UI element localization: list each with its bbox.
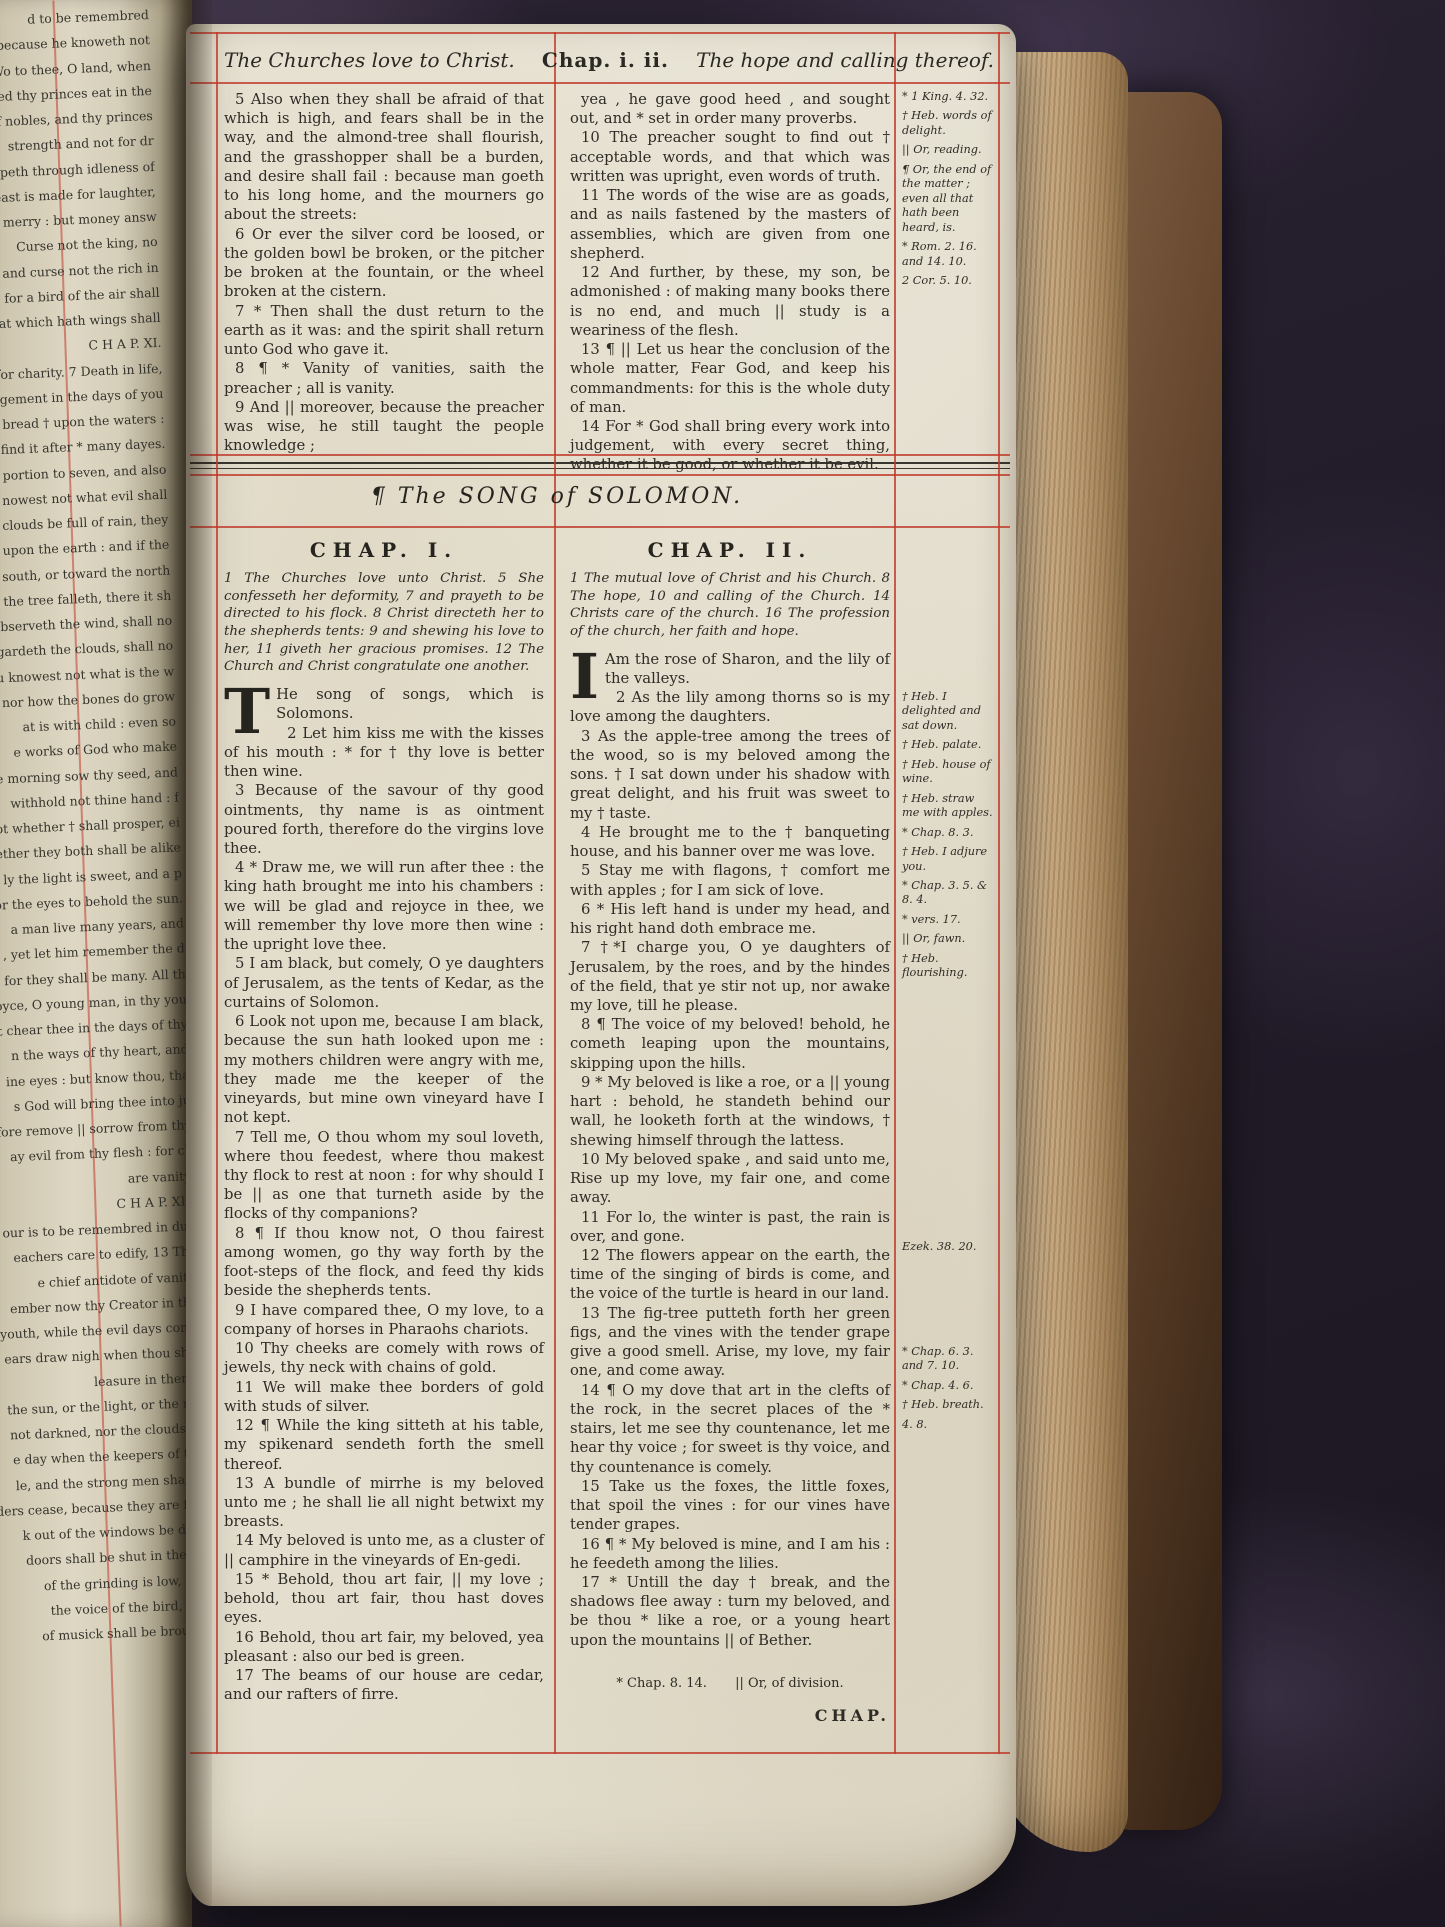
chapter-2-argument: 1 The mutual love of Christ and his Chur… bbox=[570, 570, 890, 641]
red-rule-top bbox=[190, 32, 1010, 34]
margin-notes-middle: † Heb. I delighted and sat down.† Heb. p… bbox=[902, 690, 994, 986]
chapter-2-column: CHAP. II. 1 The mutual love of Christ an… bbox=[570, 538, 890, 1650]
chapter-2-verse-1: IAm the rose of Sharon, and the lily of … bbox=[570, 650, 890, 688]
margin-note: * Chap. 4. 6. bbox=[902, 1379, 994, 1393]
margin-note: † Heb. flourishing. bbox=[902, 952, 994, 981]
verse: 13 A bundle of mirrhe is my beloved unto… bbox=[224, 1474, 544, 1532]
chapter-1-verse-1-text: He song of songs, which is Solomons. bbox=[276, 686, 544, 722]
verse: 15 * Behold, thou art fair, || my love ;… bbox=[224, 1570, 544, 1628]
chapter-2-heading: CHAP. II. bbox=[570, 538, 890, 562]
verse: 5 Also when they shall be afraid of that… bbox=[224, 90, 544, 225]
margin-note-ezek: Ezek. 38. 20. bbox=[902, 1240, 994, 1259]
verse: 7 * Then shall the dust return to the ea… bbox=[224, 302, 544, 360]
verse: 14 For * God shall bring every work into… bbox=[570, 417, 890, 475]
margin-note: * Chap. 3. 5. & 8. 4. bbox=[902, 879, 994, 908]
chapter-2-verses: 2 As the lily among thorns so is my love… bbox=[570, 688, 890, 1650]
chapter-1-argument: 1 The Churches love unto Christ. 5 She c… bbox=[224, 570, 544, 676]
red-rule-below-title bbox=[190, 526, 1010, 528]
verse: 14 My beloved is unto me, as a cluster o… bbox=[224, 1531, 544, 1569]
margin-note: * 1 King. 4. 32. bbox=[902, 90, 994, 104]
verse: 7 Tell me, O thou whom my soul loveth, w… bbox=[224, 1128, 544, 1224]
verse: 5 I am black, but comely, O ye daughters… bbox=[224, 954, 544, 1012]
verse: 8 ¶ * Vanity of vanities, saith the prea… bbox=[224, 359, 544, 397]
verse: 10 The preacher sought to find out † acc… bbox=[570, 128, 890, 186]
margin-note: * Chap. 8. 3. bbox=[902, 826, 994, 840]
right-page: The Churches love to Christ. Chap. i. ii… bbox=[186, 24, 1016, 1906]
red-rule-vertical-right bbox=[998, 32, 1000, 1754]
verse: 12 ¶ While the king sitteth at his table… bbox=[224, 1416, 544, 1474]
ecclesiastes-left-column: 5 Also when they shall be afraid of that… bbox=[224, 90, 544, 455]
margin-note: * Chap. 6. 3. and 7. 10. bbox=[902, 1345, 994, 1374]
verse: 16 Behold, thou art fair, my beloved, ye… bbox=[224, 1628, 544, 1666]
verse: 6 Look not upon me, because I am black, … bbox=[224, 1012, 544, 1127]
verse: 10 Thy cheeks are comely with rows of je… bbox=[224, 1339, 544, 1377]
red-rule-vertical-left bbox=[216, 32, 218, 1754]
verse: 15 Take us the foxes, the little foxes, … bbox=[570, 1477, 890, 1535]
margin-note: 4. 8. bbox=[902, 1418, 994, 1432]
margin-note: † Heb. house of wine. bbox=[902, 758, 994, 787]
margin-note: † Heb. straw me with apples. bbox=[902, 792, 994, 821]
chapter-1-verse-1: THe song of songs, which is Solomons. bbox=[224, 685, 544, 723]
antique-bible-photo: d to be remembreds, because he knoweth n… bbox=[0, 0, 1445, 1927]
verse: 12 And further, by these, my son, be adm… bbox=[570, 263, 890, 340]
ecclesiastes-right-column: yea , he gave good heed , and sought out… bbox=[570, 90, 890, 475]
verse: 10 My beloved spake , and said unto me, … bbox=[570, 1150, 890, 1208]
running-header-right: The hope and calling thereof. bbox=[696, 48, 994, 72]
book-title: ¶ The SONG of SOLOMON. bbox=[224, 484, 890, 509]
margin-note: † Heb. palate. bbox=[902, 738, 994, 752]
verse: 4 He brought me to the † banqueting hous… bbox=[570, 823, 890, 861]
verse: yea , he gave good heed , and sought out… bbox=[570, 90, 890, 128]
running-header: The Churches love to Christ. Chap. i. ii… bbox=[224, 40, 994, 80]
chapter-2-drop-cap: I bbox=[570, 650, 605, 700]
verse: 6 Or ever the silver cord be loosed, or … bbox=[224, 225, 544, 302]
margin-note: * vers. 17. bbox=[902, 913, 994, 927]
red-rule-bottom bbox=[190, 1752, 1010, 1754]
margin-notes-bottom: * Chap. 6. 3. and 7. 10.* Chap. 4. 6.† H… bbox=[902, 1345, 994, 1437]
margin-note: † Heb. I delighted and sat down. bbox=[902, 690, 994, 733]
verse: 9 And || moreover, because the preacher … bbox=[224, 398, 544, 456]
margin-note: * Rom. 2. 16. and 14. 10. bbox=[902, 240, 994, 269]
chapter-2-verse-1-text: Am the rose of Sharon, and the lily of t… bbox=[605, 651, 890, 687]
verse: 6 * His left hand is under my head, and … bbox=[570, 900, 890, 938]
margin-note: † Heb. breath. bbox=[902, 1398, 994, 1412]
verse: 2 As the lily among thorns so is my love… bbox=[570, 688, 890, 726]
chapter-1-verses: 2 Let him kiss me with the kisses of his… bbox=[224, 724, 544, 1705]
verse: 4 * Draw me, we will run after thee : th… bbox=[224, 858, 544, 954]
verse: 16 ¶ * My beloved is mine, and I am his … bbox=[570, 1535, 890, 1573]
verse: 14 ¶ O my dove that art in the clefts of… bbox=[570, 1381, 890, 1477]
footnote-line: * Chap. 8. 14. || Or, of division. bbox=[570, 1676, 890, 1691]
verse: 17 * Untill the day † break, and the sha… bbox=[570, 1573, 890, 1650]
verse: 11 The words of the wise are as goads, a… bbox=[570, 186, 890, 263]
red-rule-below-header bbox=[190, 82, 1010, 84]
left-page-edge: d to be remembreds, because he knoweth n… bbox=[0, 0, 192, 1927]
verse: 13 The fig-tree putteth forth her green … bbox=[570, 1304, 890, 1381]
verse: 5 Stay me with flagons, † comfort me wit… bbox=[570, 861, 890, 899]
verse: 11 We will make thee borders of gold wit… bbox=[224, 1378, 544, 1416]
margin-notes-top: * 1 King. 4. 32.† Heb. words of delight.… bbox=[902, 90, 994, 293]
chapter-1-drop-cap: T bbox=[224, 685, 276, 735]
margin-note: 2 Cor. 5. 10. bbox=[902, 274, 994, 288]
verse: 12 The flowers appear on the earth, the … bbox=[570, 1246, 890, 1304]
margin-note: Ezek. 38. 20. bbox=[902, 1240, 994, 1254]
margin-note: ¶ Or, the end of the matter ; even all t… bbox=[902, 163, 994, 235]
verse: 8 ¶ The voice of my beloved! behold, he … bbox=[570, 1015, 890, 1073]
verse: 3 Because of the savour of thy good oint… bbox=[224, 781, 544, 858]
red-rule-vertical-margin bbox=[894, 32, 896, 1754]
footnote-left: * Chap. 8. 14. bbox=[604, 1676, 719, 1691]
margin-note: † Heb. I adjure you. bbox=[902, 845, 994, 874]
margin-note: † Heb. words of delight. bbox=[902, 109, 994, 138]
verse: 8 ¶ If thou know not, O thou fairest amo… bbox=[224, 1224, 544, 1301]
verse: 11 For lo, the winter is past, the rain … bbox=[570, 1208, 890, 1246]
margin-note: || Or, fawn. bbox=[902, 932, 994, 946]
red-rule-vertical-center bbox=[554, 32, 556, 1754]
verse: 7 †*I charge you, O ye daughters of Jeru… bbox=[570, 938, 890, 1015]
catchword: CHAP. bbox=[746, 1706, 890, 1725]
chapter-1-column: CHAP. I. 1 The Churches love unto Christ… bbox=[224, 538, 544, 1705]
running-header-left: The Churches love to Christ. bbox=[224, 48, 515, 72]
verse: 13 ¶ || Let us hear the conclusion of th… bbox=[570, 340, 890, 417]
footnote-right: || Or, of division. bbox=[723, 1676, 856, 1691]
chapter-1-heading: CHAP. I. bbox=[224, 538, 544, 562]
verse: 17 The beams of our house are cedar, and… bbox=[224, 1666, 544, 1704]
left-page-text-fragments: d to be remembreds, because he knoweth n… bbox=[0, 2, 192, 1651]
margin-note: || Or, reading. bbox=[902, 143, 994, 157]
verse: 9 I have compared thee, O my love, to a … bbox=[224, 1301, 544, 1339]
verse: 9 * My beloved is like a roe, or a || yo… bbox=[570, 1073, 890, 1150]
chapter-reference: Chap. i. ii. bbox=[542, 48, 669, 72]
verse: 3 As the apple-tree among the trees of t… bbox=[570, 727, 890, 823]
